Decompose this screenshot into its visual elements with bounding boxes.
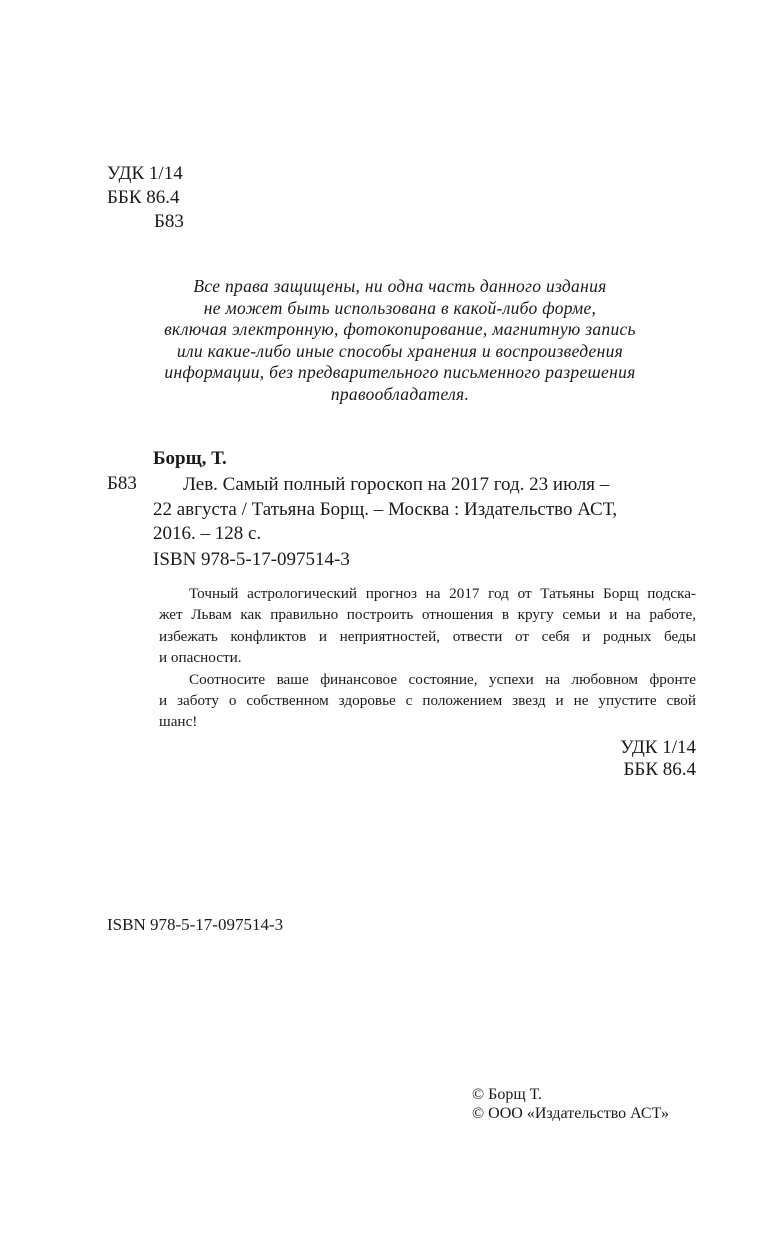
rights-notice: Все права защищены, ни одна часть данног…	[100, 276, 700, 406]
annotation-line: Соотносите ваше финансовое состояние, ус…	[159, 669, 696, 690]
annotation-line: шанс!	[159, 711, 696, 732]
annotation-line: жет Львам как правильно построить отноше…	[159, 604, 696, 625]
bibliographic-description: Лев. Самый полный гороскоп на 2017 год. …	[153, 473, 694, 547]
annotation-line: Точный астрологический прогноз на 2017 г…	[159, 583, 696, 604]
bib-line: 2016. – 128 с.	[153, 522, 694, 547]
footer-classification-codes: УДК 1/14 ББК 86.4	[620, 737, 696, 781]
rights-line: или какие-либо иные способы хранения и в…	[100, 341, 700, 363]
author-heading: Борщ, Т.	[153, 448, 227, 470]
udk-code: УДК 1/14	[107, 162, 184, 186]
rights-line: информации, без предварительного письмен…	[100, 362, 700, 384]
rights-line: правообладателя.	[100, 384, 700, 406]
classification-codes: УДК 1/14 ББК 86.4 Б83	[107, 162, 184, 234]
rights-line: включая электронную, фотокопирование, ма…	[100, 319, 700, 341]
bib-line: Лев. Самый полный гороскоп на 2017 год. …	[153, 473, 694, 498]
annotation: Точный астрологический прогноз на 2017 г…	[159, 583, 696, 733]
bbk-code: ББК 86.4	[107, 186, 184, 210]
rights-line: не может быть использована в какой-либо …	[100, 298, 700, 320]
annotation-line: и опасности.	[159, 647, 696, 668]
copyright-line: © ООО «Издательство АСТ»	[472, 1104, 669, 1123]
author-mark: Б83	[107, 210, 184, 234]
bib-line: 22 августа / Татьяна Борщ. – Москва : Из…	[153, 498, 694, 523]
isbn: ISBN 978-5-17-097514-3	[153, 549, 350, 571]
isbn-bottom: ISBN 978-5-17-097514-3	[107, 915, 283, 935]
copyright-line: © Борщ Т.	[472, 1085, 669, 1104]
copyright-block: © Борщ Т. © ООО «Издательство АСТ»	[472, 1085, 669, 1123]
bib-author-mark: Б83	[107, 473, 137, 495]
bbk-code: ББК 86.4	[620, 759, 696, 781]
rights-line: Все права защищены, ни одна часть данног…	[100, 276, 700, 298]
annotation-line: избежать конфликтов и неприятностей, отв…	[159, 626, 696, 647]
udk-code: УДК 1/14	[620, 737, 696, 759]
annotation-line: и заботу о собственном здоровье с положе…	[159, 690, 696, 711]
